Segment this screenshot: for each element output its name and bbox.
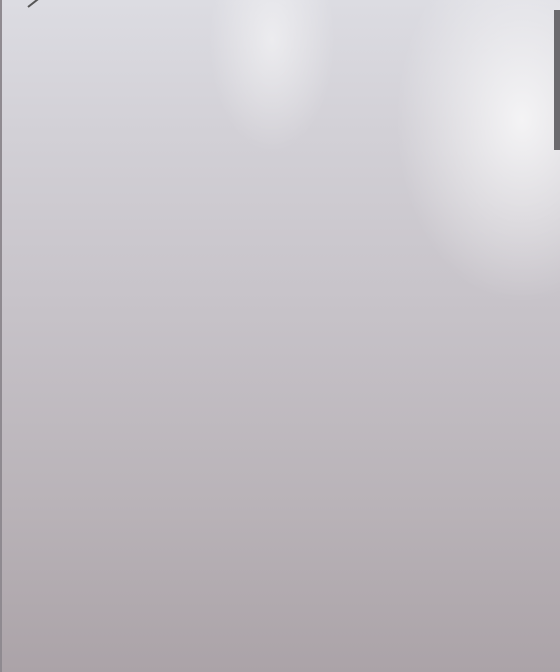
pen-mark — [27, 0, 49, 8]
background-edge — [554, 10, 560, 150]
document-page — [2, 0, 560, 672]
